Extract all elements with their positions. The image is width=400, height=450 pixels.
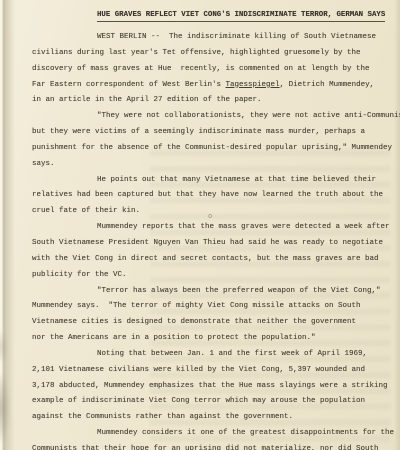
text-segment: 2,101 Vietnamese civilians were killed b… <box>32 366 365 374</box>
text-segment: Vietnamese cities is designed to demonst… <box>32 318 356 326</box>
text-segment: example of indiscriminate Viet Cong terr… <box>32 397 365 405</box>
document-line: South Vietnamese President Nguyen Van Th… <box>32 236 394 252</box>
document-line: nor the Americans are in a position to p… <box>32 331 394 347</box>
document-line: 2,101 Vietnamese civilians were killed b… <box>32 363 394 379</box>
document-line: Communists that their hope for an uprisi… <box>32 442 394 450</box>
document-line: punishment for the absence of the Commun… <box>32 141 394 157</box>
document-line: Mummendey reports that the mass graves w… <box>32 220 394 236</box>
document-line: WEST BERLIN -- The indiscriminate killin… <box>32 30 394 46</box>
text-segment: in an article in the April 27 edition of… <box>32 96 262 104</box>
document-line: says. <box>32 157 394 173</box>
document-line: Noting that between Jan. 1 and the first… <box>32 347 394 363</box>
text-segment: WEST BERLIN -- The indiscriminate killin… <box>97 33 376 41</box>
text-segment: Mummendey says. "The terror of mighty Vi… <box>32 302 361 310</box>
text-segment: punishment for the absence of the Commun… <box>32 144 392 152</box>
text-segment: 3,178 abducted, Mummendey emphasizes tha… <box>32 382 388 390</box>
document-line: cruel fate of their kin. <box>32 204 394 220</box>
text-segment: He points out that many Vietnamese at th… <box>97 176 376 184</box>
text-segment: , Dietrich Mummendey, <box>280 81 375 89</box>
document-line: relatives had been captured but that the… <box>32 188 394 204</box>
page-right-edge-shadow <box>394 0 400 450</box>
document-line: He points out that many Vietnamese at th… <box>32 173 394 189</box>
document-line: "Terror has always been the preferred we… <box>32 284 394 300</box>
text-segment: "They were not collaborationists, they w… <box>97 112 400 120</box>
document-line: Far Eastern correspondent of West Berlin… <box>32 78 394 94</box>
document-line: Vietnamese cities is designed to demonst… <box>32 315 394 331</box>
text-segment: South Vietnamese President Nguyen Van Th… <box>32 239 383 247</box>
text-segment: against the Communists rather than again… <box>32 413 293 421</box>
text-segment: discovery of mass graves at Hue recently… <box>32 65 370 73</box>
document-line: in an article in the April 27 edition of… <box>32 93 394 109</box>
document-line: but they were victims of a seemingly ind… <box>32 125 394 141</box>
text-segment: cruel fate of their kin. <box>32 207 140 215</box>
text-segment: with the Viet Cong in direct and secret … <box>32 255 379 263</box>
document-line: 3,178 abducted, Mummendey emphasizes tha… <box>32 379 394 395</box>
underlined-text: Tagesspiegel <box>226 81 280 89</box>
document-line: Mummendey says. "The terror of mighty Vi… <box>32 299 394 315</box>
document-line: "They were not collaborationists, they w… <box>32 109 394 125</box>
text-segment: Communists that their hope for an uprisi… <box>32 445 379 450</box>
text-segment: Mummendey reports that the mass graves w… <box>97 223 390 231</box>
text-segment: Far Eastern correspondent of West Berlin… <box>32 81 226 89</box>
text-segment: civilians during last year's Tet offensi… <box>32 49 361 57</box>
text-segment: nor the Americans are in a position to p… <box>32 334 316 342</box>
text-segment: but they were victims of a seemingly ind… <box>32 128 365 136</box>
document-line: discovery of mass graves at Hue recently… <box>32 62 394 78</box>
scan-smudge <box>0 372 10 444</box>
text-segment: relatives had been captured but that the… <box>32 191 383 199</box>
document-line: example of indiscriminate Viet Cong terr… <box>32 394 394 410</box>
text-segment: publicity for the VC. <box>32 271 127 279</box>
text-segment: says. <box>32 160 55 168</box>
text-segment: Mummendey considers it one of the greate… <box>97 429 394 437</box>
document-line: Mummendey considers it one of the greate… <box>32 426 394 442</box>
document-line: with the Viet Cong in direct and secret … <box>32 252 394 268</box>
scan-smudge-small <box>0 330 8 364</box>
document-line: civilians during last year's Tet offensi… <box>32 46 394 62</box>
document-title: HUE GRAVES REFLECT VIET CONG'S INDISCRIM… <box>97 11 385 22</box>
document-line: publicity for the VC. <box>32 268 394 284</box>
document-line: against the Communists rather than again… <box>32 410 394 426</box>
document-body: WEST BERLIN -- The indiscriminate killin… <box>32 30 394 450</box>
scanned-document: { "page": { "paper_color": "#efe8d2", "e… <box>0 0 400 450</box>
text-segment: Noting that between Jan. 1 and the first… <box>97 350 367 358</box>
text-segment: "Terror has always been the preferred we… <box>97 287 381 295</box>
